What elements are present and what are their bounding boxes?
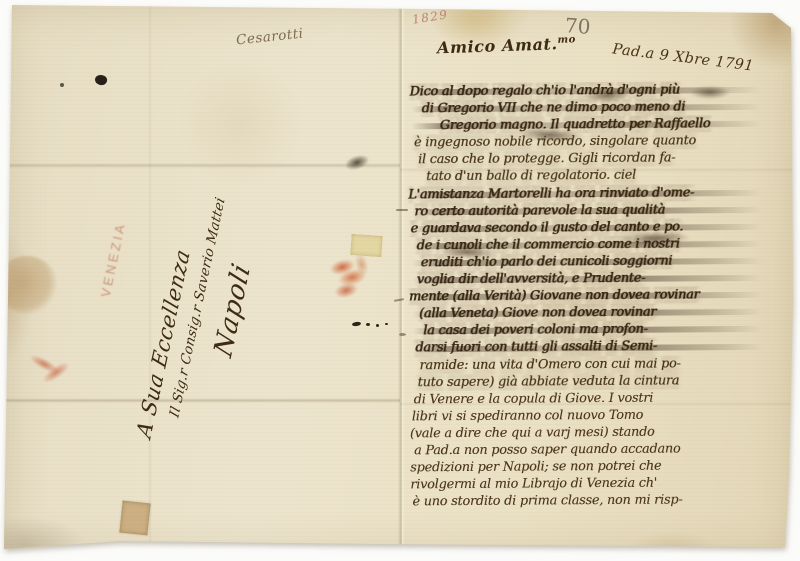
handwriting-line: Gregorio magno. Il quadretto per Raffael… — [406, 115, 794, 135]
letter-body: Dico al dopo regalo ch'io l'andrà d'ogni… — [406, 81, 797, 511]
salutation-text: Amico Amat. — [437, 34, 558, 57]
address-line-name: Il Sig.r Consig.r Saverio Mattei — [167, 136, 241, 419]
address-line-recipient: A Sua Eccellenza — [132, 130, 219, 442]
letter-paper: Cesarotti 1829 70 VENEZIA A Sua Eccellen… — [0, 0, 800, 561]
handwriting-line: di Gregorio VII che ne dimo poco meno di — [406, 98, 794, 118]
handwriting-line: è ingegnoso nobile ricordo, singolare qu… — [406, 132, 794, 152]
letter-photo: Cesarotti 1829 70 VENEZIA A Sua Eccellen… — [0, 0, 800, 561]
yellow-sealing-wafer — [350, 234, 382, 257]
pencil-note-cesarotti: Cesarotti — [235, 26, 304, 49]
round-seal-stain — [0, 256, 58, 314]
center-fold-crease — [398, 0, 405, 561]
handwriting-line: Dico al dopo regalo ch'io l'andrà d'ogni… — [406, 81, 794, 101]
ink-crossout-blob — [585, 86, 632, 103]
stray-ink-mark — [399, 333, 406, 336]
horizontal-fold-crease-bottom-right — [400, 402, 795, 406]
handwriting-line: mente (alla Verità) Giovane non dovea ro… — [407, 286, 795, 306]
horizontal-fold-crease-top-right — [400, 168, 795, 172]
handwriting-line: darsi fuori con tutti gli assalti di Sem… — [407, 337, 795, 357]
handwriting-line: L'amistanza Martorelli ha ora rinviato d… — [406, 183, 794, 203]
letter-salutation: Amico Amat.mo — [437, 34, 577, 58]
handwriting-line: spedizioni per Napoli; se non potrei che — [408, 457, 796, 477]
stray-ink-mark — [396, 209, 408, 211]
paper-wrapper: Cesarotti 1829 70 VENEZIA A Sua Eccellen… — [0, 0, 800, 561]
pencil-note-year: 1829 — [411, 7, 449, 27]
handwriting-line: tato d'un ballo di regolatorio. ciel — [406, 166, 794, 186]
red-wax-smudge — [27, 355, 71, 395]
handwriting-line: a Pad.a non posso saper quando accadano — [408, 440, 796, 460]
ink-smudge — [344, 153, 371, 173]
ink-blot — [94, 73, 109, 87]
stray-ink-mark — [394, 298, 404, 302]
handwriting-line: de i cunoli che il commercio come i nost… — [407, 234, 795, 254]
orange-wax-seal-remnant — [321, 248, 378, 308]
tan-sealing-wafer — [119, 501, 150, 536]
left-fold-crease — [148, 0, 152, 561]
ink-speck-row — [352, 319, 394, 329]
letter-dateline: Pad.a 9 Xbre 1791 — [612, 41, 755, 74]
ink-speck — [60, 83, 64, 87]
handwriting-line: la casa dei poveri coloni ma profon- — [407, 320, 795, 340]
handwriting-line: ramide: una vita d'Omero con cui mai po- — [407, 354, 795, 374]
handwriting-line: rivolgermi al mio Librajo di Venezia ch' — [408, 474, 796, 494]
pencil-note-number: 70 — [564, 13, 591, 39]
address-line-city: Napoli — [209, 141, 282, 362]
address-block: A Sua Eccellenza Il Sig.r Consig.r Saver… — [132, 131, 283, 453]
venezia-postal-stamp: VENEZIA — [94, 204, 132, 315]
ink-crossout-blob — [520, 126, 581, 143]
handwriting-line: voglia dir dell'avversità, e Prudente- — [407, 269, 795, 289]
handwriting-line: è uno stordito di prima classe, non mi r… — [408, 491, 796, 511]
ink-crossout-blob — [690, 86, 730, 99]
handwriting-line: (vale a dire che qui a varj mesi) stando — [408, 423, 796, 443]
salutation-superscript: mo — [557, 34, 576, 46]
handwriting-line: eruditi ch'io parlo dei cunicoli soggior… — [407, 252, 795, 272]
handwriting-line: libri vi si spediranno col nuovo Tomo — [408, 405, 796, 425]
handwriting-line: ro certo autorità parevole la sua qualit… — [406, 200, 794, 220]
handwriting-line: di Venere e la copula di Giove. I vostri — [408, 388, 796, 408]
handwriting-line: e guardava secondo il gusto del canto e … — [406, 217, 794, 237]
handwriting-line: tuto sapere) già abbiate veduta la cintu… — [408, 371, 796, 391]
ink-crossout-blob — [440, 245, 495, 259]
horizontal-fold-crease-top-left — [0, 163, 400, 168]
ink-crossout-blob — [620, 231, 690, 246]
horizontal-fold-crease-bottom-left — [0, 398, 400, 403]
handwriting-line: (alla Veneta) Giove non dovea rovinar — [407, 303, 795, 323]
handwriting-line: il caso che lo protegge. Gigli ricordan … — [406, 149, 794, 169]
